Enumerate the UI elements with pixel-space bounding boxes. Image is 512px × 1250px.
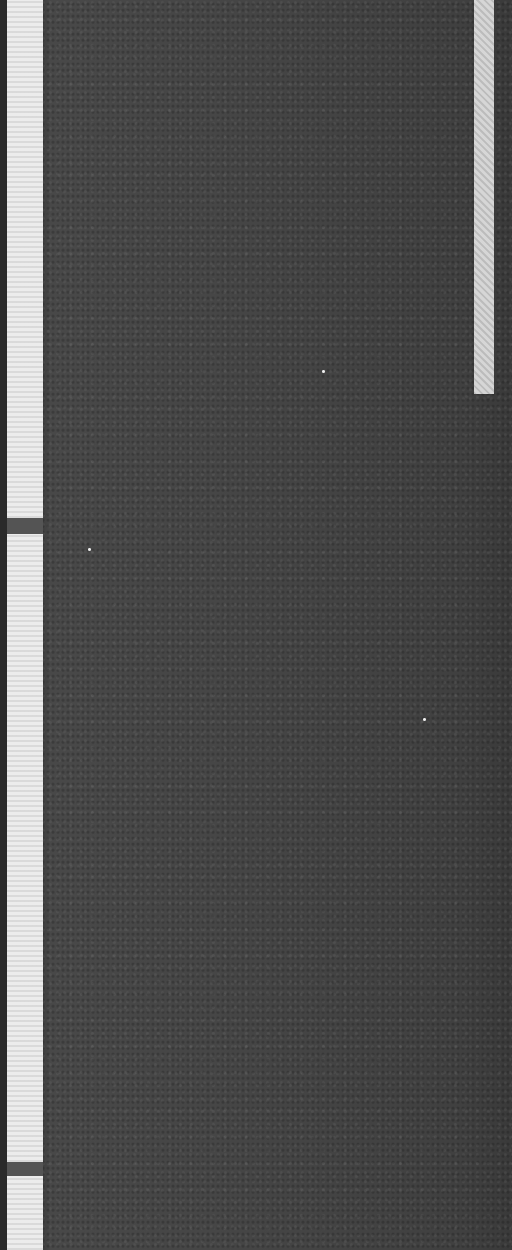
left-lane-marking-segment: [7, 534, 43, 1162]
marking-gap: [7, 1162, 43, 1176]
debris-speck: [88, 548, 91, 551]
debris-speck: [322, 370, 325, 373]
road-edge-shadow: [0, 0, 7, 1250]
debris-speck: [423, 718, 426, 721]
right-lane-dash: [474, 0, 494, 394]
asphalt-road: [0, 0, 512, 1250]
marking-gap: [7, 518, 43, 534]
left-lane-marking-segment: [7, 1176, 43, 1250]
left-lane-marking-segment: [7, 0, 43, 518]
